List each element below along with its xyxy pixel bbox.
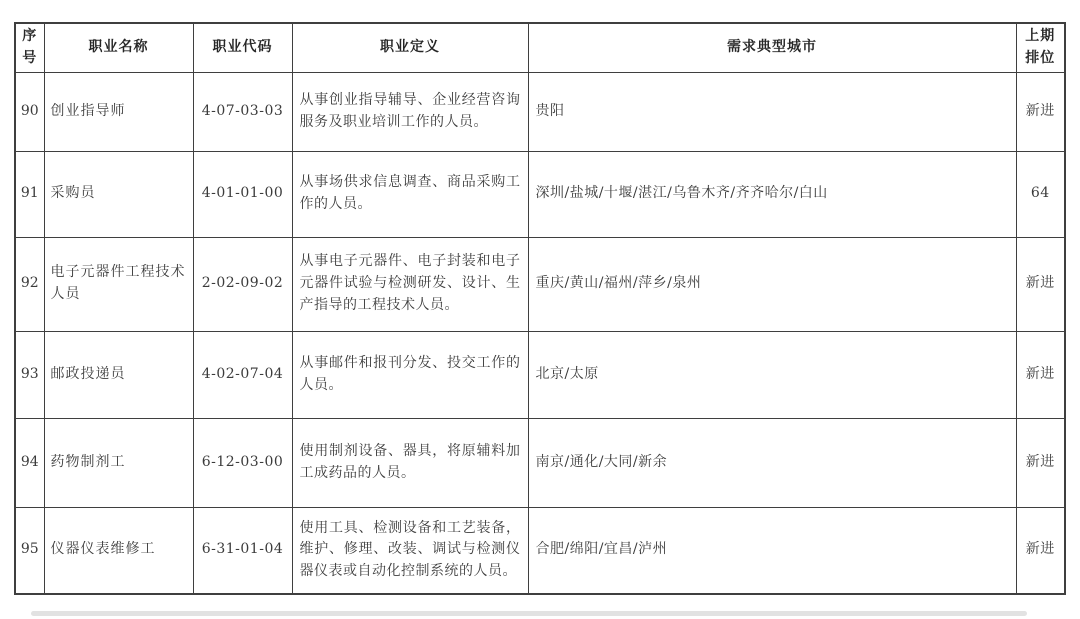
row-index: 91 (15, 151, 44, 237)
occupation-definition: 从事创业指导辅导、企业经营咨询服务及职业培训工作的人员。 (292, 72, 528, 151)
occupation-name: 采购员 (44, 151, 193, 237)
table-row: 92 电子元器件工程技术人员 2-02-09-02 从事电子元器件、电子封装和电… (15, 237, 1065, 331)
header-index: 序号 (15, 23, 44, 72)
previous-rank: 新进 (1016, 507, 1065, 594)
occupation-code: 2-02-09-02 (193, 237, 292, 331)
header-occupation-code: 职业代码 (193, 23, 292, 72)
demand-cities: 深圳/盐城/十堰/湛江/乌鲁木齐/齐齐哈尔/白山 (528, 151, 1016, 237)
header-occupation-definition: 职业定义 (292, 23, 528, 72)
table-row: 91 采购员 4-01-01-00 从事场供求信息调查、商品采购工作的人员。 深… (15, 151, 1065, 237)
row-index: 92 (15, 237, 44, 331)
occupation-definition: 使用制剂设备、器具，将原辅料加工成药品的人员。 (292, 418, 528, 507)
row-index: 95 (15, 507, 44, 594)
header-demand-cities: 需求典型城市 (528, 23, 1016, 72)
header-occupation-name: 职业名称 (44, 23, 193, 72)
occupation-ranking-table: 序号 职业名称 职业代码 职业定义 需求典型城市 上期排位 90 创业指导师 4… (14, 22, 1066, 595)
table-row: 94 药物制剂工 6-12-03-00 使用制剂设备、器具，将原辅料加工成药品的… (15, 418, 1065, 507)
table-row: 90 创业指导师 4-07-03-03 从事创业指导辅导、企业经营咨询服务及职业… (15, 72, 1065, 151)
previous-rank: 新进 (1016, 331, 1065, 418)
occupation-code: 4-01-01-00 (193, 151, 292, 237)
previous-rank: 64 (1016, 151, 1065, 237)
occupation-definition: 从事电子元器件、电子封装和电子元器件试验与检测研发、设计、生产指导的工程技术人员… (292, 237, 528, 331)
occupation-ranking-page: 序号 职业名称 职业代码 职业定义 需求典型城市 上期排位 90 创业指导师 4… (0, 0, 1080, 619)
occupation-definition: 从事场供求信息调查、商品采购工作的人员。 (292, 151, 528, 237)
previous-rank: 新进 (1016, 237, 1065, 331)
occupation-code: 6-12-03-00 (193, 418, 292, 507)
occupation-code: 4-02-07-04 (193, 331, 292, 418)
occupation-code: 4-07-03-03 (193, 72, 292, 151)
table-row: 93 邮政投递员 4-02-07-04 从事邮件和报刊分发、投交工作的人员。 北… (15, 331, 1065, 418)
row-index: 90 (15, 72, 44, 151)
occupation-name: 药物制剂工 (44, 418, 193, 507)
header-previous-rank: 上期排位 (1016, 23, 1065, 72)
occupation-name: 邮政投递员 (44, 331, 193, 418)
occupation-name: 电子元器件工程技术人员 (44, 237, 193, 331)
demand-cities: 北京/太原 (528, 331, 1016, 418)
previous-rank: 新进 (1016, 418, 1065, 507)
bottom-divider (31, 611, 1027, 616)
demand-cities: 南京/通化/大同/新余 (528, 418, 1016, 507)
occupation-code: 6-31-01-04 (193, 507, 292, 594)
demand-cities: 合肥/绵阳/宜昌/泸州 (528, 507, 1016, 594)
table-row: 95 仪器仪表维修工 6-31-01-04 使用工具、检测设备和工艺装备，维护、… (15, 507, 1065, 594)
occupation-definition: 从事邮件和报刊分发、投交工作的人员。 (292, 331, 528, 418)
row-index: 93 (15, 331, 44, 418)
occupation-name: 仪器仪表维修工 (44, 507, 193, 594)
occupation-name: 创业指导师 (44, 72, 193, 151)
demand-cities: 重庆/黄山/福州/萍乡/泉州 (528, 237, 1016, 331)
row-index: 94 (15, 418, 44, 507)
previous-rank: 新进 (1016, 72, 1065, 151)
demand-cities: 贵阳 (528, 72, 1016, 151)
table-header-row: 序号 职业名称 职业代码 职业定义 需求典型城市 上期排位 (15, 23, 1065, 72)
occupation-definition: 使用工具、检测设备和工艺装备，维护、修理、改装、调试与检测仪器仪表或自动化控制系… (292, 507, 528, 594)
